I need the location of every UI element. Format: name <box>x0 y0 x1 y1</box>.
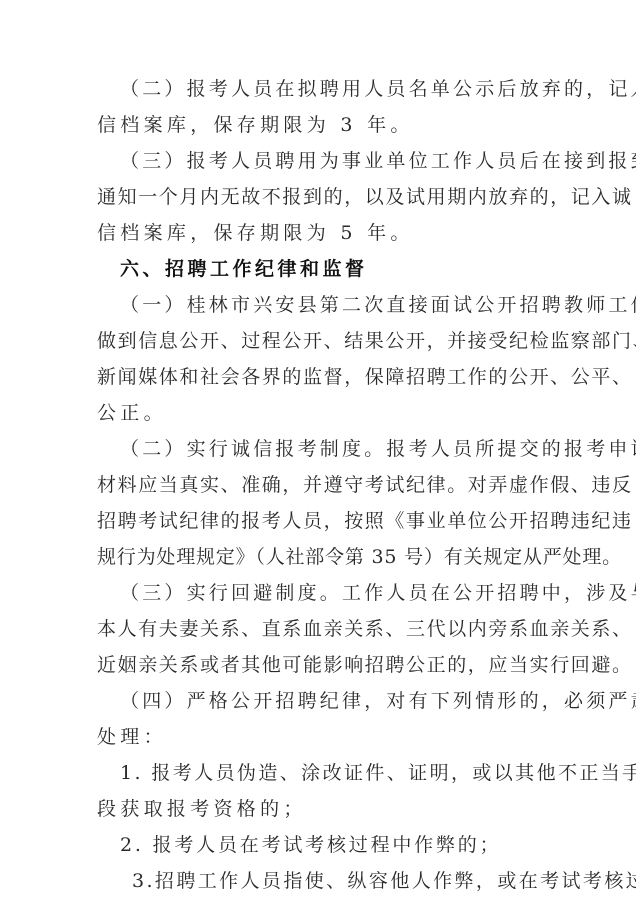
section-heading: 六、招聘工作纪律和监督 <box>120 257 570 281</box>
paragraph-line: （四）严格公开招聘纪律，对有下列情形的，必须严肃 <box>120 689 570 713</box>
paragraph-line: 本人有夫妻关系、直系血亲关系、三代以内旁系血亲关系、 <box>97 617 547 641</box>
paragraph-line: 材料应当真实、准确，并遵守考试纪律。对弄虚作假、违反 <box>97 473 547 497</box>
paragraph-line: 信档案库，保存期限为 5 年。 <box>97 221 547 245</box>
paragraph-line: 通知一个月内无故不报到的，以及试用期内放弃的，记入诚 <box>97 185 547 209</box>
paragraph-line: 新闻媒体和社会各界的监督，保障招聘工作的公开、公平、 <box>97 365 547 389</box>
paragraph-line: 公正。 <box>97 401 547 425</box>
paragraph-line: （二）实行诚信报考制度。报考人员所提交的报考申请 <box>120 437 570 461</box>
paragraph-line: （三）报考人员聘用为事业单位工作人员后在接到报到 <box>120 149 570 173</box>
list-item-continuation: 段获取报考资格的； <box>97 797 547 821</box>
paragraph-line: 规行为处理规定》（人社部令第 35 号）有关规定从严处理。 <box>97 545 547 569</box>
paragraph-line: 近姻亲关系或者其他可能影响招聘公正的，应当实行回避。 <box>97 653 547 677</box>
paragraph-line: 招聘考试纪律的报考人员，按照《事业单位公开招聘违纪违 <box>97 509 547 533</box>
paragraph-line: （三）实行回避制度。工作人员在公开招聘中，涉及与 <box>120 581 570 605</box>
document-page: （二）报考人员在拟聘用人员名单公示后放弃的，记入诚 信档案库，保存期限为 3 年… <box>0 0 636 900</box>
paragraph-line: （一）桂林市兴安县第二次直接面试公开招聘教师工作 <box>120 293 570 317</box>
paragraph-line: （二）报考人员在拟聘用人员名单公示后放弃的，记入诚 <box>120 77 570 101</box>
list-item: 1. 报考人员伪造、涂改证件、证明，或以其他不正当手 <box>120 761 570 785</box>
paragraph-line: 做到信息公开、过程公开、结果公开，并接受纪检监察部门、 <box>97 329 547 353</box>
paragraph-line: 信档案库，保存期限为 3 年。 <box>97 113 547 137</box>
paragraph-line: 处理： <box>97 725 547 749</box>
list-item: 2. 报考人员在考试考核过程中作弊的； <box>120 833 570 857</box>
list-item: 3.招聘工作人员指使、纵容他人作弊，或在考试考核过 <box>132 869 582 893</box>
